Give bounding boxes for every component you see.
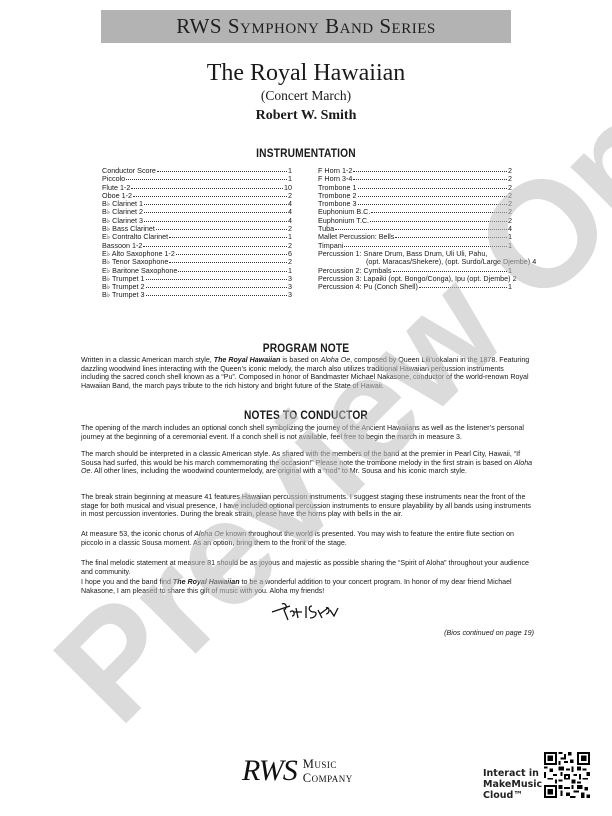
leader-dots	[358, 196, 508, 197]
leader-dots	[370, 221, 507, 222]
instrument-count: 4	[532, 258, 536, 266]
notes-paragraph-1: The opening of the march includes an opt…	[81, 424, 533, 441]
signature-icon	[268, 598, 358, 626]
instrumentation-heading: INSTRUMENTATION	[46, 146, 566, 160]
leader-dots	[144, 221, 287, 222]
piece-subtitle: (Concert March)	[0, 88, 612, 104]
instrument-name: B♭ Trumpet 3	[102, 291, 145, 299]
title-reference: The Royal Hawaiian	[214, 356, 281, 364]
leader-dots	[358, 204, 508, 205]
program-note-text: Written in a classic American march styl…	[81, 356, 533, 390]
notes-paragraph-2: The march should be interpreted in a cla…	[81, 450, 533, 476]
instrument-row: B♭ Trumpet 33	[102, 291, 292, 299]
leader-dots	[335, 229, 507, 230]
notes-paragraph-5: The final melodic statement at measure 8…	[81, 559, 533, 576]
leader-dots	[178, 271, 287, 272]
leader-dots	[146, 287, 287, 288]
leader-dots	[169, 262, 287, 263]
qr-code-icon[interactable]	[544, 752, 590, 798]
score-page: RWS Symphony Band Series The Royal Hawai…	[0, 0, 612, 816]
leader-dots	[146, 295, 287, 296]
instrumentation-list-right: F Horn 1-22F Horn 3-42Trombone 12Trombon…	[318, 167, 512, 291]
leader-dots	[144, 212, 287, 213]
notes-paragraph-6: I hope you and the band find The Royal H…	[81, 578, 533, 595]
program-note-heading: PROGRAM NOTE	[46, 341, 566, 355]
leader-dots	[419, 287, 507, 288]
leader-dots	[126, 179, 287, 180]
leader-dots	[157, 171, 287, 172]
logo-letters: RWS	[242, 754, 297, 788]
instrument-row: Conductor Score1	[102, 167, 292, 175]
instrument-count: 3	[288, 291, 292, 299]
leader-dots	[144, 204, 287, 205]
notes-paragraph-3: The break strain beginning at measure 41…	[81, 493, 533, 519]
song-reference: Aloha Oe	[321, 356, 351, 364]
instrument-row: Euphonium T.C.2	[318, 217, 512, 225]
leader-dots	[371, 212, 507, 213]
leader-dots	[146, 279, 287, 280]
notes-paragraph-4: At measure 53, the iconic chorus of Aloh…	[81, 530, 533, 547]
leader-dots	[156, 229, 287, 230]
instrument-name: Percussion 4: Pu (Conch Shell)	[318, 283, 418, 291]
rws-music-company-logo: RWS Music Company	[242, 754, 353, 788]
leader-dots	[393, 271, 508, 272]
composer-name: Robert W. Smith	[0, 108, 612, 124]
series-banner: RWS Symphony Band Series	[101, 10, 511, 43]
series-title: RWS Symphony Band Series	[176, 14, 435, 39]
leader-dots	[176, 254, 287, 255]
logo-wordmark: Music Company	[303, 757, 353, 785]
bios-continued-note: (Bios continued on page 19)	[444, 628, 534, 637]
leader-dots	[133, 196, 287, 197]
leader-dots	[143, 246, 287, 247]
instrument-row: Mallet Percussion: Bells1	[318, 233, 512, 241]
leader-dots	[353, 171, 507, 172]
piece-title: The Royal Hawaiian	[0, 60, 612, 87]
leader-dots	[353, 179, 507, 180]
instrument-row: Piccolo1	[102, 175, 292, 183]
instrumentation-list-left: Conductor Score1Piccolo1Flute 1-210Oboe …	[102, 167, 292, 300]
leader-dots	[395, 237, 507, 238]
notes-to-conductor-heading: NOTES TO CONDUCTOR	[46, 408, 566, 422]
instrument-row: Percussion 4: Pu (Conch Shell)1	[318, 283, 512, 291]
leader-dots	[169, 237, 287, 238]
instrument-count: 2	[513, 275, 517, 283]
leader-dots	[131, 188, 283, 189]
leader-dots	[344, 246, 507, 247]
instrument-count: 1	[508, 283, 512, 291]
makemusic-cloud-label: Interact in MakeMusic Cloud™	[483, 768, 542, 801]
leader-dots	[358, 188, 508, 189]
instrument-count: 1	[508, 242, 512, 250]
